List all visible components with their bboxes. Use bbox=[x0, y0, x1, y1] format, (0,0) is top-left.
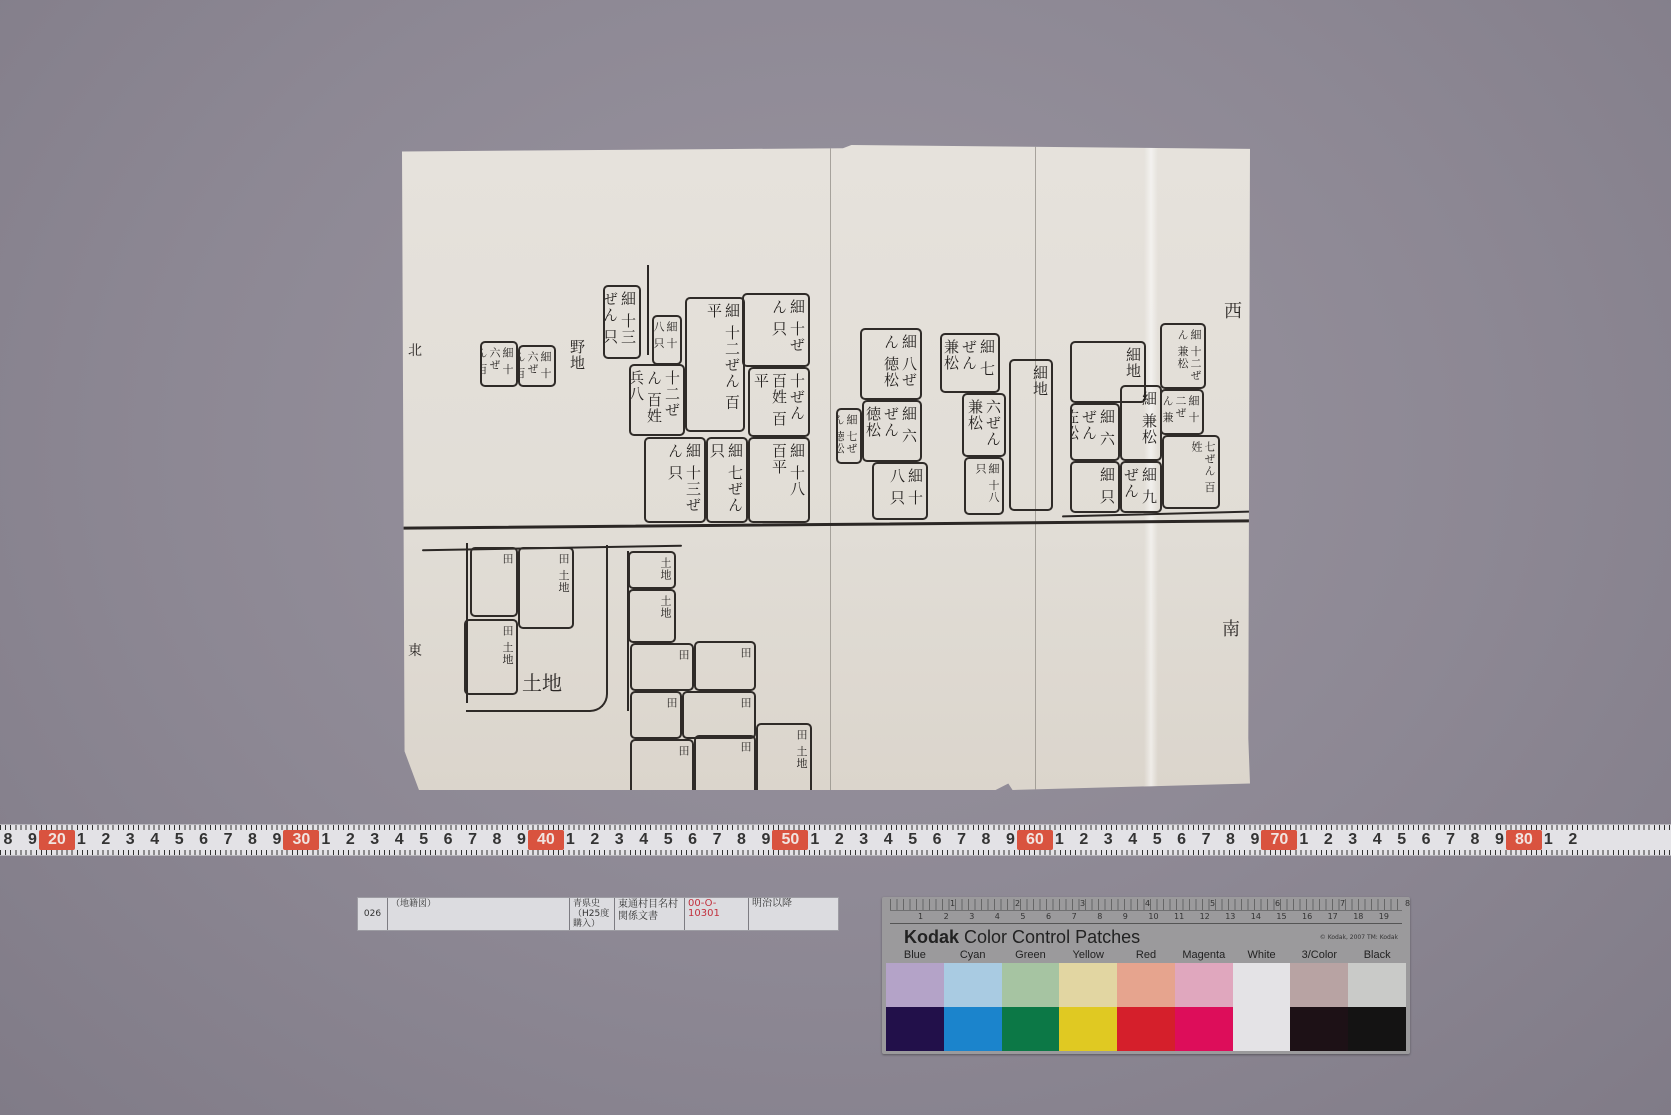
ruler-number: 6 bbox=[435, 831, 461, 849]
cm-mark: 15 bbox=[1276, 912, 1286, 921]
ruler-number: 4 bbox=[631, 831, 657, 849]
plot: 細 十六ぜん 百平 bbox=[518, 345, 556, 387]
ruler-number: 1 bbox=[802, 831, 828, 849]
ruler-number: 4 bbox=[142, 831, 168, 849]
color-patch-dark bbox=[944, 1007, 1002, 1051]
ruler-number: 1 bbox=[557, 831, 583, 849]
cm-mark: 5 bbox=[1020, 912, 1025, 921]
inch-mark: 2 bbox=[1015, 899, 1020, 908]
ruler-number: 1 bbox=[1291, 831, 1317, 849]
ruler-number: 2 bbox=[93, 831, 119, 849]
ruler-number: 3 bbox=[362, 831, 388, 849]
color-patch-dark bbox=[1348, 1007, 1406, 1051]
ruler-number: 8 bbox=[484, 831, 510, 849]
cm-mark: 14 bbox=[1251, 912, 1261, 921]
plot: 細 九ぜん bbox=[1120, 461, 1162, 513]
plot: 田 土地 bbox=[756, 723, 812, 803]
boundary-line bbox=[647, 265, 649, 355]
patch-label: Yellow bbox=[1059, 949, 1117, 961]
plot: 細 十六ぜん 百平 bbox=[480, 341, 518, 387]
catalog-tag: 026 （地籍図） 青県史（H25度購入） 東通村目名村関係文書 00-O-10… bbox=[357, 897, 839, 931]
plot: 六ぜん 兼松 bbox=[962, 393, 1006, 457]
ruler-number: 7 bbox=[1193, 831, 1219, 849]
plot: 細 八ぜん 徳松 bbox=[860, 328, 922, 400]
fold-line-center bbox=[830, 145, 831, 790]
ruler-number: 1 bbox=[313, 831, 339, 849]
ruler-number: 3 bbox=[1095, 831, 1121, 849]
plot: 細地 bbox=[1009, 359, 1053, 511]
ruler-number: 4 bbox=[386, 831, 412, 849]
kodak-ruler: 12345678 12345678910111213141516171819 bbox=[890, 899, 1402, 924]
ruler-number: 8 bbox=[729, 831, 755, 849]
tag-collection: 東通村目名村関係文書 bbox=[615, 898, 685, 930]
color-patch-light bbox=[1233, 963, 1291, 1007]
inch-mark: 6 bbox=[1275, 899, 1280, 908]
patch-label: White bbox=[1233, 949, 1291, 961]
color-patch-dark bbox=[1002, 1007, 1060, 1051]
kodak-copyright: © Kodak, 2007 TM: Kodak bbox=[1320, 934, 1398, 941]
cm-mark: 12 bbox=[1200, 912, 1210, 921]
color-patch-light bbox=[1059, 963, 1117, 1007]
ruler-number: 6 bbox=[680, 831, 706, 849]
color-patch-dark bbox=[1175, 1007, 1233, 1051]
direction-mark-east: 東 bbox=[408, 640, 422, 660]
ruler-number: 3 bbox=[851, 831, 877, 849]
ruler-number: 8 bbox=[0, 831, 21, 849]
plot: 細 兼松 bbox=[1120, 385, 1162, 461]
plot: 田 bbox=[694, 641, 756, 691]
plot: 細 只 bbox=[1070, 461, 1120, 513]
plot: 細 十八 只 bbox=[652, 315, 682, 365]
ruler-number: 1 bbox=[1535, 831, 1561, 849]
plot: 田 bbox=[470, 547, 518, 617]
ruler-number: 3 bbox=[1340, 831, 1366, 849]
inch-mark: 7 bbox=[1340, 899, 1345, 908]
cm-mark: 16 bbox=[1302, 912, 1312, 921]
ruler-number: 6 bbox=[191, 831, 217, 849]
patch-label: Red bbox=[1117, 949, 1175, 961]
cm-mark: 18 bbox=[1353, 912, 1363, 921]
plot: 田 土地 bbox=[518, 547, 574, 629]
tag-id: 00-O-10301 bbox=[685, 898, 749, 930]
ruler-number: 7 bbox=[215, 831, 241, 849]
plot: 田 土地 bbox=[464, 619, 518, 695]
measuring-tape: 8920123456789301234567894012345678950123… bbox=[0, 824, 1671, 856]
patch-labels: BlueCyanGreenYellowRedMagentaWhite3/Colo… bbox=[886, 949, 1406, 961]
plot-label: 土地 bbox=[522, 667, 562, 696]
ruler-number: 6 bbox=[1413, 831, 1439, 849]
kodak-title-text: Color Control Patches bbox=[964, 927, 1140, 947]
direction-mark-north: 北 bbox=[408, 340, 422, 360]
ruler-number: 2 bbox=[337, 831, 363, 849]
plot: 細 十八 只 bbox=[872, 462, 928, 520]
cadastral-map-document: 北 東 西 南 細 十六ぜん 百平 細 十六ぜん 百平 野地 細 十三ぜん 只 … bbox=[402, 145, 1250, 790]
cm-mark: 4 bbox=[995, 912, 1000, 921]
ruler-number: 1 bbox=[1046, 831, 1072, 849]
cm-mark: 13 bbox=[1225, 912, 1235, 921]
ruler-number: 5 bbox=[166, 831, 192, 849]
cm-mark: 3 bbox=[969, 912, 974, 921]
inch-mark: 3 bbox=[1080, 899, 1085, 908]
cm-mark: 10 bbox=[1148, 912, 1158, 921]
plot: 細 十三ぜん 只 bbox=[644, 437, 706, 523]
ruler-number: 6 bbox=[924, 831, 950, 849]
color-patch-light bbox=[1290, 963, 1348, 1007]
ruler-number: 2 bbox=[826, 831, 852, 849]
cm-mark: 2 bbox=[944, 912, 949, 921]
plot: 細 七ぜん 兼松 bbox=[940, 333, 1000, 393]
color-patch-dark bbox=[1290, 1007, 1348, 1051]
ruler-number: 2 bbox=[1315, 831, 1341, 849]
plot: 田 bbox=[630, 691, 682, 739]
cm-mark: 6 bbox=[1046, 912, 1051, 921]
ruler-number: 8 bbox=[1462, 831, 1488, 849]
color-patch-light bbox=[1348, 963, 1406, 1007]
color-patch-light bbox=[1175, 963, 1233, 1007]
ruler-number: 5 bbox=[1144, 831, 1170, 849]
ruler-number: 4 bbox=[875, 831, 901, 849]
tag-period: 明治以降 bbox=[749, 898, 838, 930]
color-patch-dark bbox=[1233, 1007, 1291, 1051]
plot: 細 十二ぜん 兼松 bbox=[1160, 389, 1204, 435]
inch-mark: 4 bbox=[1145, 899, 1150, 908]
ruler-number: 3 bbox=[606, 831, 632, 849]
ruler-number: 4 bbox=[1120, 831, 1146, 849]
plot: 十二ぜん 百姓 兵八 bbox=[629, 364, 685, 436]
ruler-number: 1 bbox=[68, 831, 94, 849]
patch-label: 3/Color bbox=[1290, 949, 1348, 961]
plot: 土地 bbox=[628, 589, 676, 643]
ruler-number: 5 bbox=[900, 831, 926, 849]
plot: 細 七ぜん 徳松 bbox=[836, 408, 862, 464]
plot: 細 七ぜん 只 bbox=[706, 437, 748, 523]
plot: 十ぜん 百姓 百平 bbox=[748, 367, 810, 437]
cm-mark: 8 bbox=[1097, 912, 1102, 921]
cm-mark: 17 bbox=[1328, 912, 1338, 921]
plot: 細 十ぜん 只 bbox=[742, 293, 810, 367]
ruler-number: 2 bbox=[1071, 831, 1097, 849]
plot: 細 六ぜん 佐松 bbox=[1070, 403, 1120, 461]
color-patch-light bbox=[1117, 963, 1175, 1007]
color-patch-dark bbox=[1059, 1007, 1117, 1051]
ruler-number: 5 bbox=[1389, 831, 1415, 849]
kodak-brand: Kodak bbox=[904, 927, 959, 947]
plot: 田 bbox=[630, 739, 694, 797]
ruler-number: 2 bbox=[582, 831, 608, 849]
plot: 田 bbox=[694, 735, 756, 799]
color-patch-dark bbox=[886, 1007, 944, 1051]
cm-mark: 19 bbox=[1379, 912, 1389, 921]
tag-number: 026 bbox=[358, 898, 388, 930]
patch-label: Magenta bbox=[1175, 949, 1233, 961]
plot: 細 十八 百平 bbox=[748, 437, 810, 523]
plot: 野地 bbox=[558, 335, 588, 381]
ruler-number: 4 bbox=[1364, 831, 1390, 849]
ruler-number: 7 bbox=[704, 831, 730, 849]
ruler-number: 8 bbox=[240, 831, 266, 849]
cm-mark: 7 bbox=[1072, 912, 1077, 921]
ruler-number: 7 bbox=[1438, 831, 1464, 849]
patch-label: Black bbox=[1348, 949, 1406, 961]
tag-title: （地籍図） bbox=[388, 898, 570, 930]
plot: 土地 bbox=[628, 551, 676, 589]
cm-mark: 11 bbox=[1174, 912, 1184, 921]
kodak-color-card: 12345678 12345678910111213141516171819 K… bbox=[882, 897, 1410, 1054]
patch-label: Blue bbox=[886, 949, 944, 961]
color-patch-light bbox=[944, 963, 1002, 1007]
cm-mark: 9 bbox=[1123, 912, 1128, 921]
plot: 細 十二ぜん 百平 bbox=[685, 297, 745, 432]
cm-mark: 1 bbox=[918, 912, 923, 921]
ruler-number: 5 bbox=[411, 831, 437, 849]
inch-mark: 5 bbox=[1210, 899, 1215, 908]
ruler-number: 8 bbox=[1218, 831, 1244, 849]
ruler-number: 6 bbox=[1169, 831, 1195, 849]
color-patch-light bbox=[886, 963, 944, 1007]
plot: 細 十二ぜん 兼松 bbox=[1160, 323, 1206, 389]
patch-label: Green bbox=[1002, 949, 1060, 961]
tag-source: 青県史（H25度購入） bbox=[570, 898, 615, 930]
ruler-number: 7 bbox=[949, 831, 975, 849]
inch-mark: 1 bbox=[950, 899, 955, 908]
ruler-number: 3 bbox=[117, 831, 143, 849]
plot: 細 十八 只 bbox=[964, 457, 1004, 515]
plot: 細 十三ぜん 只 bbox=[603, 285, 641, 359]
ruler-number: 8 bbox=[973, 831, 999, 849]
direction-mark-south: 南 bbox=[1222, 615, 1240, 641]
color-patch-light bbox=[1002, 963, 1060, 1007]
color-patches bbox=[886, 963, 1406, 1051]
color-patch-dark bbox=[1117, 1007, 1175, 1051]
plot: 田 bbox=[682, 691, 756, 739]
plot: 七ぜん 百姓 bbox=[1162, 435, 1220, 509]
main-road-line bbox=[402, 519, 1250, 529]
kodak-title: Kodak Color Control Patches bbox=[904, 927, 1140, 948]
plot: 田 bbox=[630, 643, 694, 691]
ruler-number: 2 bbox=[1560, 831, 1586, 849]
ruler-number: 5 bbox=[655, 831, 681, 849]
direction-mark-west: 西 bbox=[1224, 297, 1242, 323]
ruler-number: 7 bbox=[460, 831, 486, 849]
plot: 細 六ぜん 徳松 bbox=[862, 400, 922, 462]
patch-label: Cyan bbox=[944, 949, 1002, 961]
inch-mark: 8 bbox=[1405, 899, 1410, 908]
